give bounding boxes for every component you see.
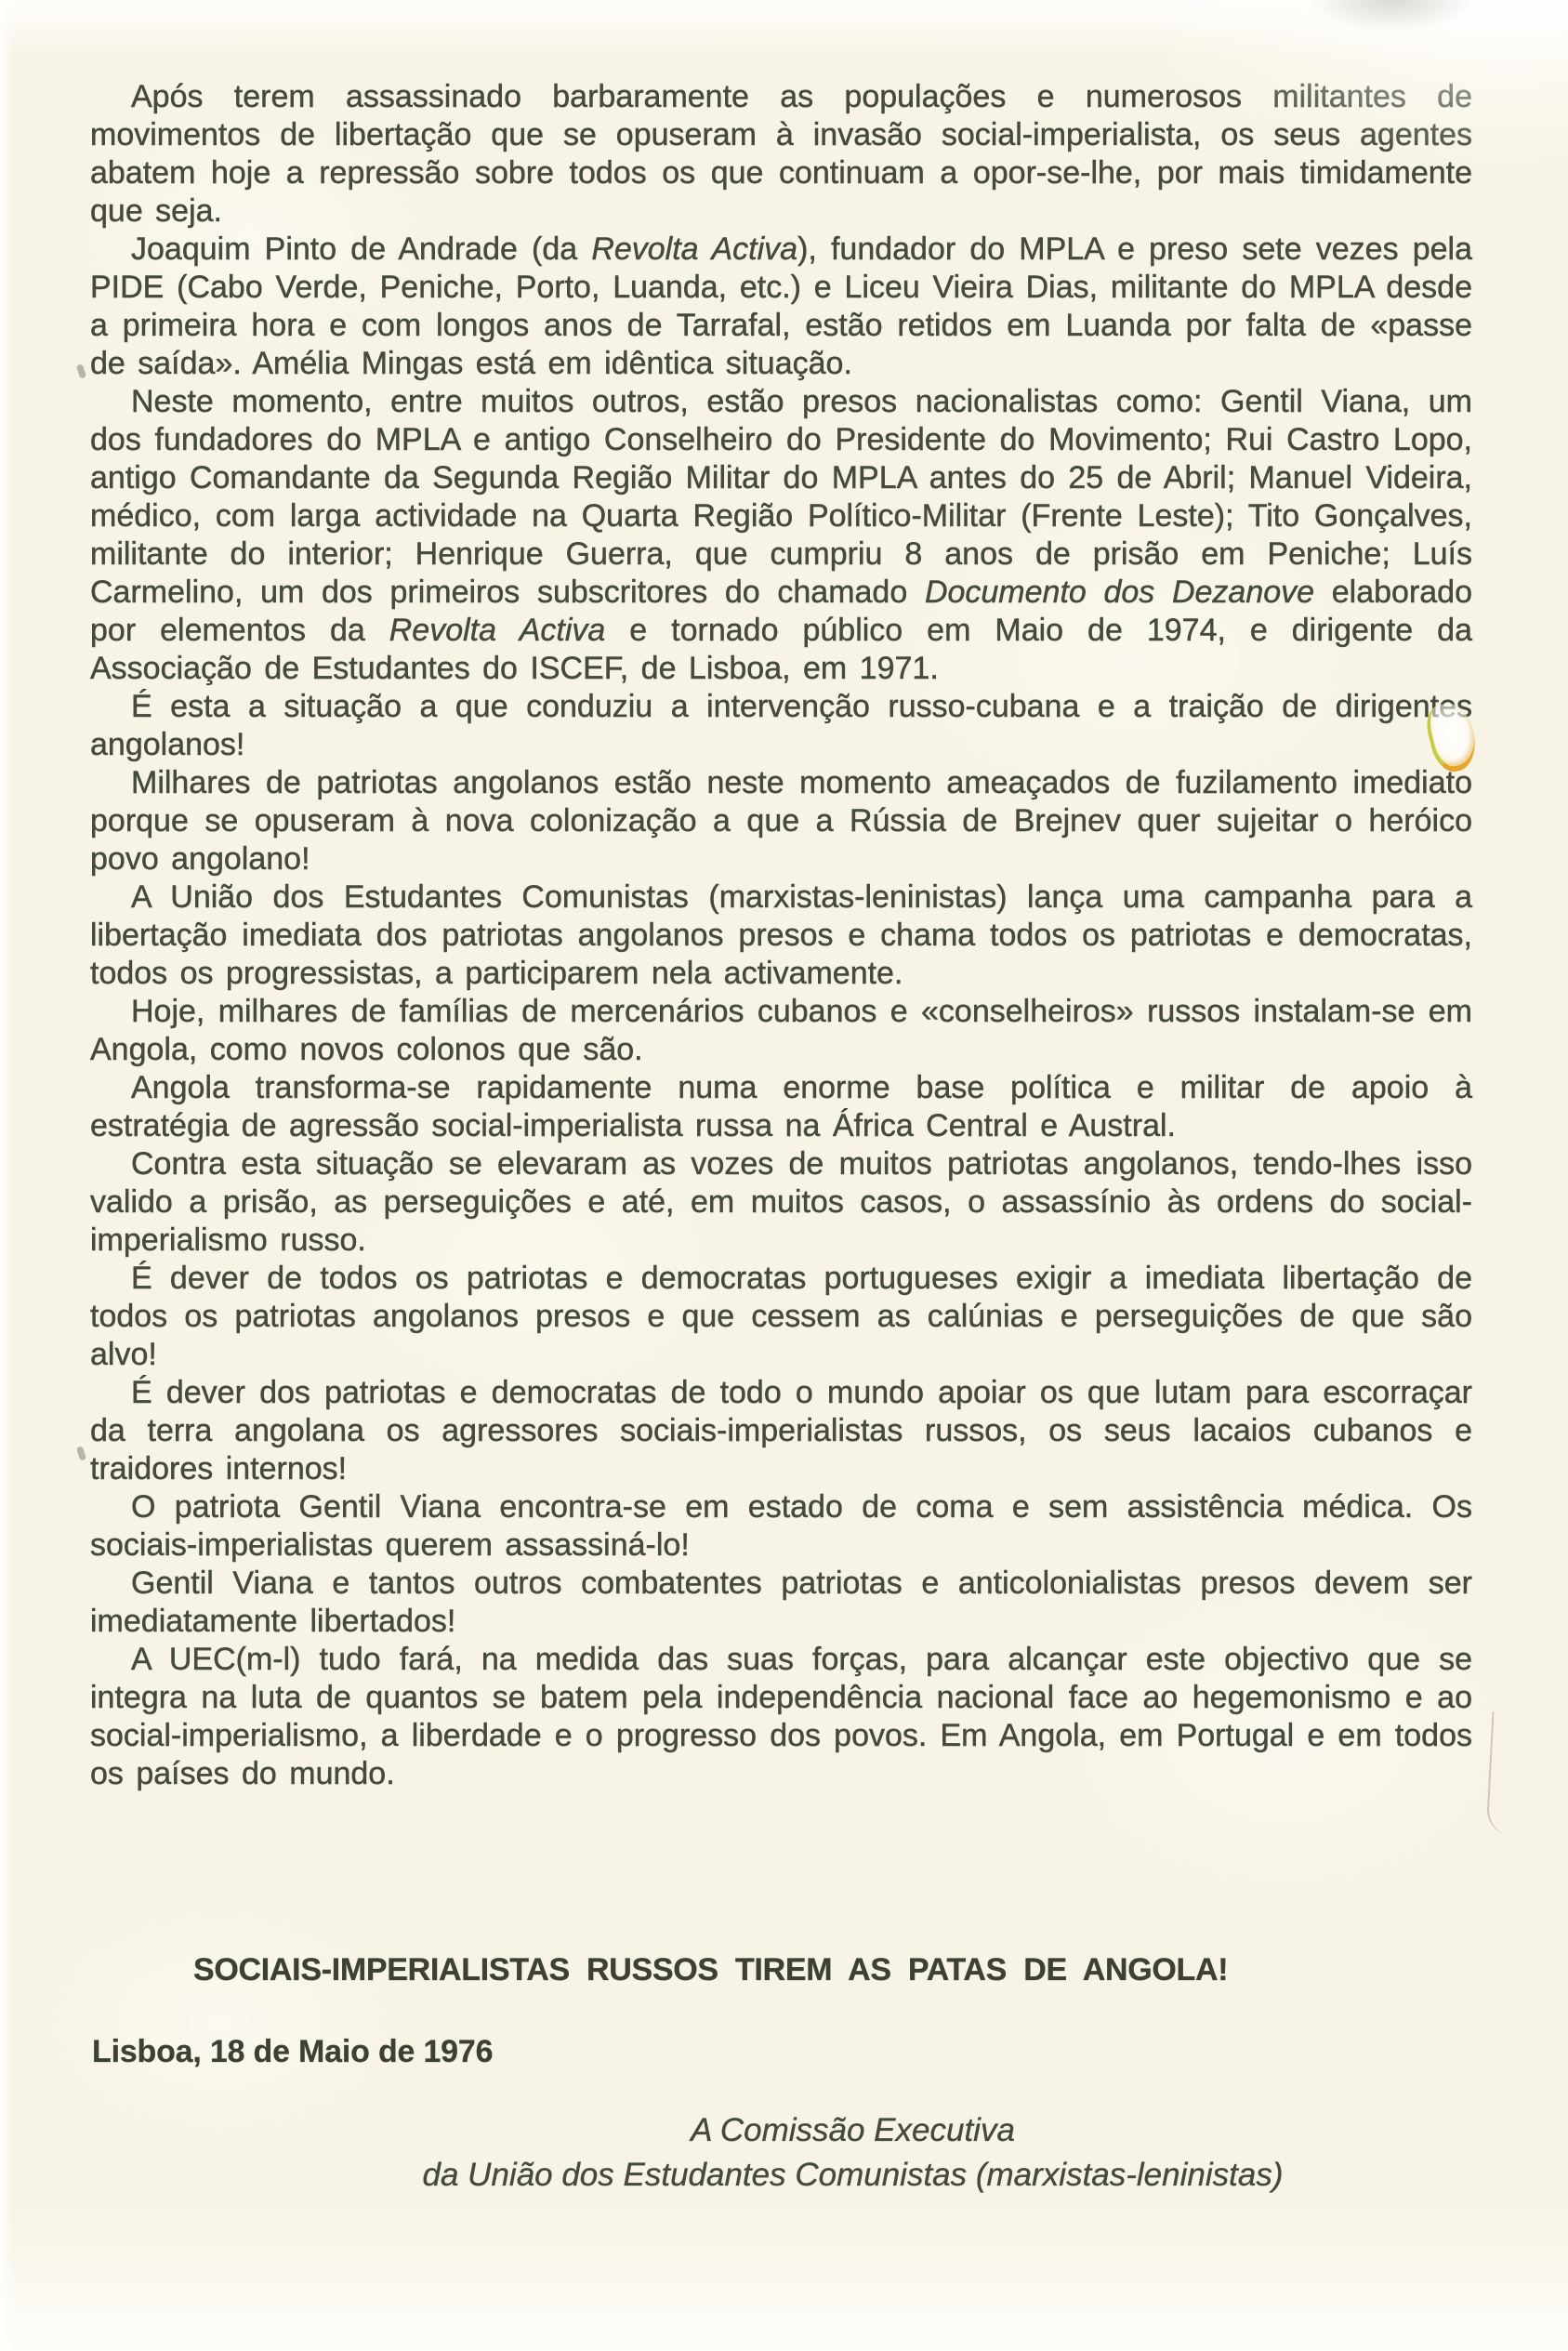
paragraph: Angola transforma-se rapidamente numa en…: [90, 1069, 1472, 1145]
document-page: Após terem assassinado barbaramente as p…: [0, 0, 1568, 2351]
signature-line-1: A Comissão Executiva: [69, 2108, 1568, 2153]
ink-speck: [76, 1446, 86, 1460]
signature-line-2: da União dos Estudantes Comunistas (marx…: [69, 2153, 1568, 2198]
paragraph: Hoje, milhares de famílias de mercenário…: [90, 993, 1472, 1069]
paragraph: É esta a situação a que conduziu a inter…: [90, 688, 1472, 764]
slogan: SOCIAIS-IMPERIALISTAS RUSSOS TIREM AS PA…: [193, 1952, 1228, 1988]
paragraph: Milhares de patriotas angolanos estão ne…: [90, 764, 1472, 878]
body-text: Após terem assassinado barbaramente as p…: [90, 78, 1472, 1793]
scan-shadow-top-right: [1308, 0, 1475, 32]
dateline: Lisboa, 18 de Maio de 1976: [92, 2034, 493, 2070]
paragraph: Contra esta situação se elevaram as voze…: [90, 1145, 1472, 1260]
scan-highlight-top: [0, 0, 1568, 59]
paragraph: O patriota Gentil Viana encontra-se em e…: [90, 1488, 1472, 1565]
signature: A Comissão Executiva da União dos Estuda…: [69, 2108, 1568, 2198]
paragraph: É dever de todos os patriotas e democrat…: [90, 1260, 1472, 1374]
paragraph: Joaquim Pinto de Andrade (da Revolta Act…: [90, 231, 1472, 383]
paragraph: Gentil Viana e tantos outros combatentes…: [90, 1565, 1472, 1641]
paragraph: A União dos Estudantes Comunistas (marxi…: [90, 878, 1472, 993]
paragraph: É dever dos patriotas e democratas de to…: [90, 1374, 1472, 1488]
paper-crease: [1486, 1711, 1519, 1835]
ink-speck: [76, 363, 86, 378]
scan-highlight-bottom: [0, 2212, 1568, 2351]
paragraph: Após terem assassinado barbaramente as p…: [90, 78, 1472, 231]
scan-highlight-left-edge: [0, 0, 13, 2351]
paragraph: A UEC(m-l) tudo fará, na medida das suas…: [90, 1641, 1472, 1793]
paragraph: Neste momento, entre muitos outros, estã…: [90, 383, 1472, 688]
